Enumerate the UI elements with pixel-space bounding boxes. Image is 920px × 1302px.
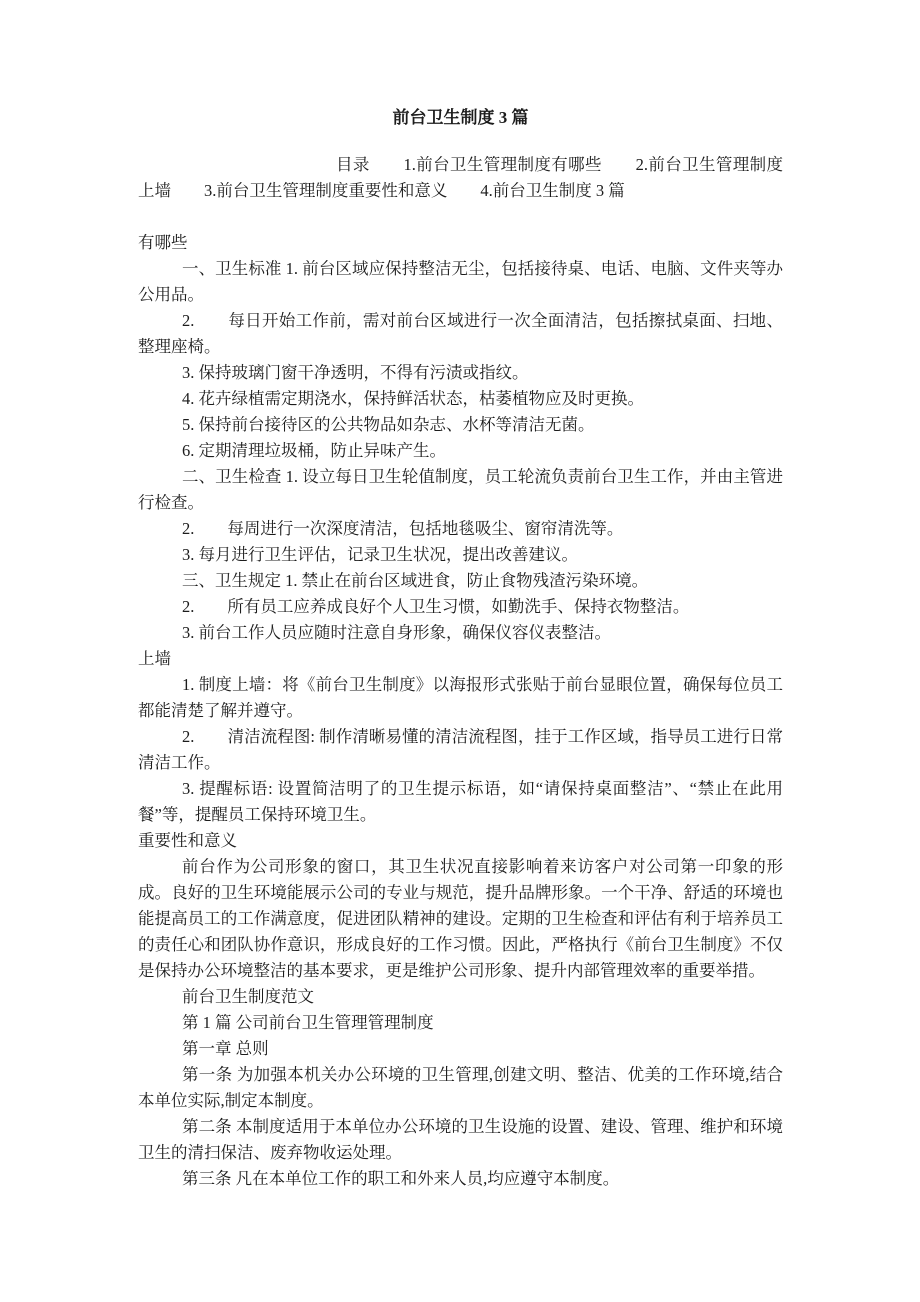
document-page: 前台卫生制度 3 篇 目录 1.前台卫生管理制度有哪些 2.前台卫生管理制度上墙…	[0, 0, 920, 1302]
paragraph: 2. 清洁流程图: 制作清晰易懂的清洁流程图，挂于工作区域，指导员工进行日常清洁…	[138, 724, 783, 776]
paragraph: 前台作为公司形象的窗口，其卫生状况直接影响着来访客户对公司第一印象的形成。良好的…	[138, 854, 783, 984]
paragraph: 4. 花卉绿植需定期浇水，保持鲜活状态，枯萎植物应及时更换。	[138, 386, 783, 412]
paragraph: 2. 每日开始工作前，需对前台区域进行一次全面清洁，包括擦拭桌面、扫地、整理座椅…	[138, 308, 783, 360]
paragraph: 6. 定期清理垃圾桶，防止异味产生。	[138, 438, 783, 464]
paragraph: 3. 前台工作人员应随时注意自身形象，确保仪容仪表整洁。	[138, 620, 783, 646]
section-heading: 上墙	[138, 646, 783, 672]
paragraph: 第一条 为加强本机关办公环境的卫生管理,创建文明、整洁、优美的工作环境,结合本单…	[138, 1062, 783, 1114]
paragraph: 3. 提醒标语: 设置简洁明了的卫生提示标语，如“请保持桌面整洁”、“禁止在此用…	[138, 776, 783, 828]
paragraph: 第一章 总则	[138, 1036, 783, 1062]
paragraph: 3. 每月进行卫生评估，记录卫生状况，提出改善建议。	[138, 542, 783, 568]
paragraph: 2. 每周进行一次深度清洁，包括地毯吸尘、窗帘清洗等。	[138, 516, 783, 542]
paragraph: 三、卫生规定 1. 禁止在前台区域进食，防止食物残渣污染环境。	[138, 568, 783, 594]
paragraph: 1. 制度上墙：将《前台卫生制度》以海报形式张贴于前台显眼位置，确保每位员工都能…	[138, 672, 783, 724]
paragraph: 目录 1.前台卫生管理制度有哪些 2.前台卫生管理制度上墙 3.前台卫生管理制度…	[138, 152, 783, 204]
paragraph: 2. 所有员工应养成良好个人卫生习惯，如勤洗手、保持衣物整洁。	[138, 594, 783, 620]
section-heading: 有哪些	[138, 230, 783, 256]
section-heading: 重要性和意义	[138, 828, 783, 854]
paragraph: 一、卫生标准 1. 前台区域应保持整洁无尘，包括接待桌、电话、电脑、文件夹等办公…	[138, 256, 783, 308]
paragraph: 第 1 篇 公司前台卫生管理管理制度	[138, 1010, 783, 1036]
paragraph: 第三条 凡在本单位工作的职工和外来人员,均应遵守本制度。	[138, 1166, 783, 1192]
paragraph: 3. 保持玻璃门窗干净透明，不得有污渍或指纹。	[138, 360, 783, 386]
document-body: 目录 1.前台卫生管理制度有哪些 2.前台卫生管理制度上墙 3.前台卫生管理制度…	[138, 152, 783, 1192]
paragraph: 第二条 本制度适用于本单位办公环境的卫生设施的设置、建设、管理、维护和环境卫生的…	[138, 1114, 783, 1166]
paragraph: 5. 保持前台接待区的公共物品如杂志、水杯等清洁无菌。	[138, 412, 783, 438]
document-title: 前台卫生制度 3 篇	[138, 105, 783, 131]
paragraph: 前台卫生制度范文	[138, 984, 783, 1010]
paragraph: 二、卫生检查 1. 设立每日卫生轮值制度，员工轮流负责前台卫生工作，并由主管进行…	[138, 464, 783, 516]
